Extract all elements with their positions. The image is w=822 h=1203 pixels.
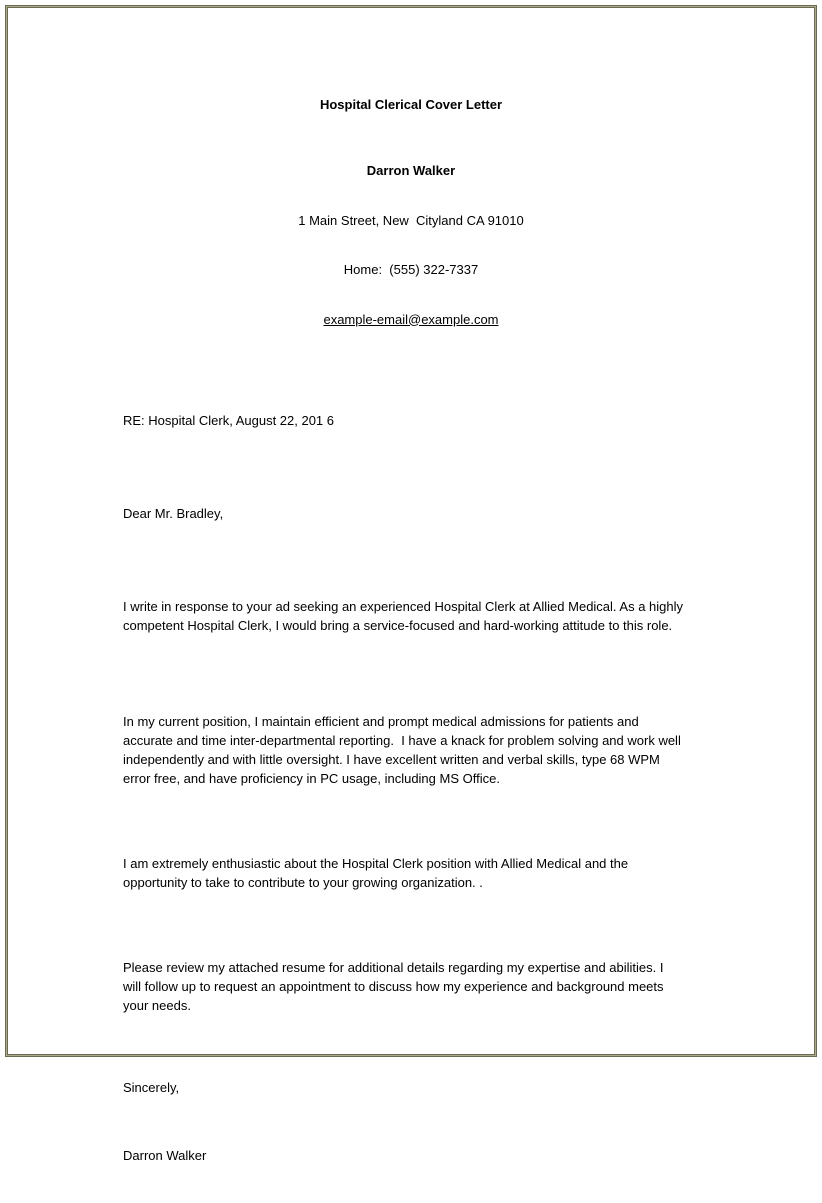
- salutation: Dear Mr. Bradley,: [123, 504, 760, 523]
- closing: Sincerely,: [123, 1078, 760, 1097]
- paragraph-4: Please review my attached resume for add…: [123, 958, 760, 1015]
- paragraph-3: I am extremely enthusiastic about the Ho…: [123, 854, 760, 892]
- sender-address: 1 Main Street, New Cityland CA 91010: [8, 213, 814, 230]
- signature-name: Darron Walker: [123, 1146, 760, 1165]
- sender-email-link[interactable]: example-email@example.com: [323, 312, 498, 327]
- contact-header: Darron Walker 1 Main Street, New Citylan…: [8, 130, 814, 361]
- sender-phone: Home: (555) 322-7337: [8, 262, 814, 279]
- document-page: { "letter": { "title": "Hospital Clerica…: [0, 0, 822, 1062]
- paragraph-2: In my current position, I maintain effic…: [123, 712, 760, 788]
- letter-content: Hospital Clerical Cover Letter Darron Wa…: [8, 8, 814, 1054]
- document-title: Hospital Clerical Cover Letter: [8, 97, 814, 113]
- letter-body: RE: Hospital Clerk, August 22, 201 6 Dea…: [123, 373, 760, 1203]
- sender-name: Darron Walker: [8, 163, 814, 180]
- re-line: RE: Hospital Clerk, August 22, 201 6: [123, 411, 760, 430]
- paragraph-1: I write in response to your ad seeking a…: [123, 597, 760, 635]
